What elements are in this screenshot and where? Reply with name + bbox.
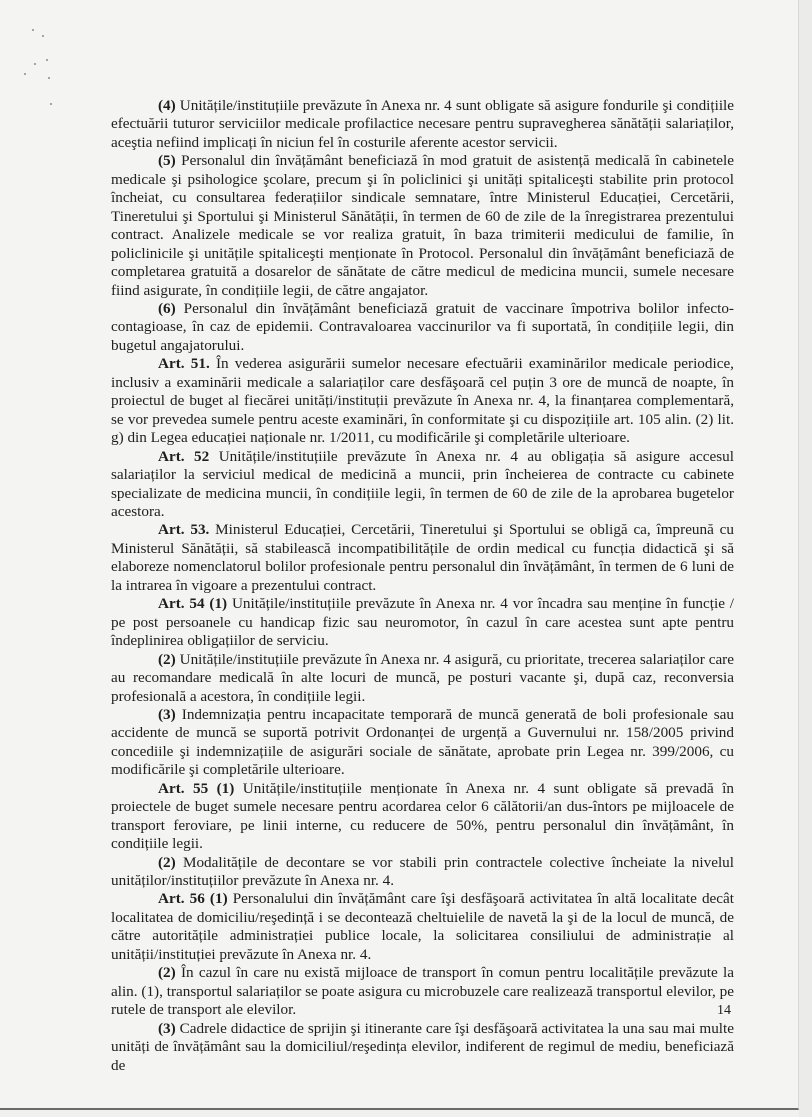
speck <box>34 63 36 65</box>
article-52: Art. 52 Unitățile/instituțiile prevăzute… <box>111 448 734 522</box>
document-body: (4) Unitățile/instituțiile prevăzute în … <box>111 97 734 1075</box>
speck <box>42 35 44 37</box>
paragraph-text: Unitățile/instituțiile prevăzute în Anex… <box>111 651 734 705</box>
paragraph-text: Personalul din învățământ beneficiază gr… <box>111 300 734 354</box>
page-number: 14 <box>717 1003 731 1019</box>
paragraph-label: (2) <box>158 854 176 871</box>
article-56-2: (2) În cazul în care nu există mijloace … <box>111 964 734 1019</box>
paragraph-5: (5) Personalul din învățământ beneficiaz… <box>111 152 734 300</box>
speck <box>32 29 34 31</box>
paragraph-label: (5) <box>158 152 176 169</box>
article-56-3: (3) Cadrele didactice de sprijin şi itin… <box>111 1020 734 1075</box>
article-54-3: (3) Indemnizația pentru incapacitate tem… <box>111 706 734 780</box>
paragraph-4: (4) Unitățile/instituțiile prevăzute în … <box>111 97 734 152</box>
article-label: Art. 56 (1) <box>158 890 228 907</box>
paragraph-text: Cadrele didactice de sprijin şi itineran… <box>111 1020 734 1074</box>
paragraph-label: (3) <box>158 706 176 723</box>
article-51: Art. 51. În vederea asigurării sumelor n… <box>111 355 734 447</box>
scan-edge <box>799 0 812 1117</box>
paragraph-label: (4) <box>158 97 176 114</box>
paragraph-label: (3) <box>158 1020 176 1037</box>
article-54-2: (2) Unitățile/instituțiile prevăzute în … <box>111 651 734 706</box>
article-label: Art. 54 (1) <box>158 595 227 612</box>
article-label: Art. 51. <box>158 355 210 372</box>
speck <box>48 77 50 79</box>
article-label: Art. 52 <box>158 448 209 465</box>
paragraph-6: (6) Personalul din învățământ beneficiaz… <box>111 300 734 355</box>
article-56-1: Art. 56 (1) Personalului din învățământ … <box>111 890 734 964</box>
paragraph-text: Indemnizația pentru incapacitate tempora… <box>111 706 734 778</box>
paragraph-label: (6) <box>158 300 176 317</box>
scan-specks <box>20 25 60 115</box>
paragraph-text: Modalitățile de decontare se vor stabili… <box>111 854 734 889</box>
paragraph-label: (2) <box>158 964 176 981</box>
article-label: Art. 53. <box>158 521 209 538</box>
speck <box>50 103 52 105</box>
article-label: Art. 55 (1) <box>158 780 234 797</box>
paragraph-text: Unitățile/instituțiile prevăzute în Anex… <box>111 97 734 151</box>
speck <box>46 59 48 61</box>
document-page: (4) Unitățile/instituțiile prevăzute în … <box>0 0 799 1110</box>
article-53: Art. 53. Ministerul Educației, Cercetări… <box>111 521 734 595</box>
speck <box>24 73 26 75</box>
article-54-1: Art. 54 (1) Unitățile/instituțiile prevă… <box>111 595 734 650</box>
article-55-1: Art. 55 (1) Unitățile/instituțiile menți… <box>111 780 734 854</box>
paragraph-label: (2) <box>158 651 176 668</box>
paragraph-text: În cazul în care nu există mijloace de t… <box>111 964 734 1018</box>
article-55-2: (2) Modalitățile de decontare se vor sta… <box>111 854 734 891</box>
paragraph-text: Personalul din învățământ beneficiază în… <box>111 152 734 298</box>
